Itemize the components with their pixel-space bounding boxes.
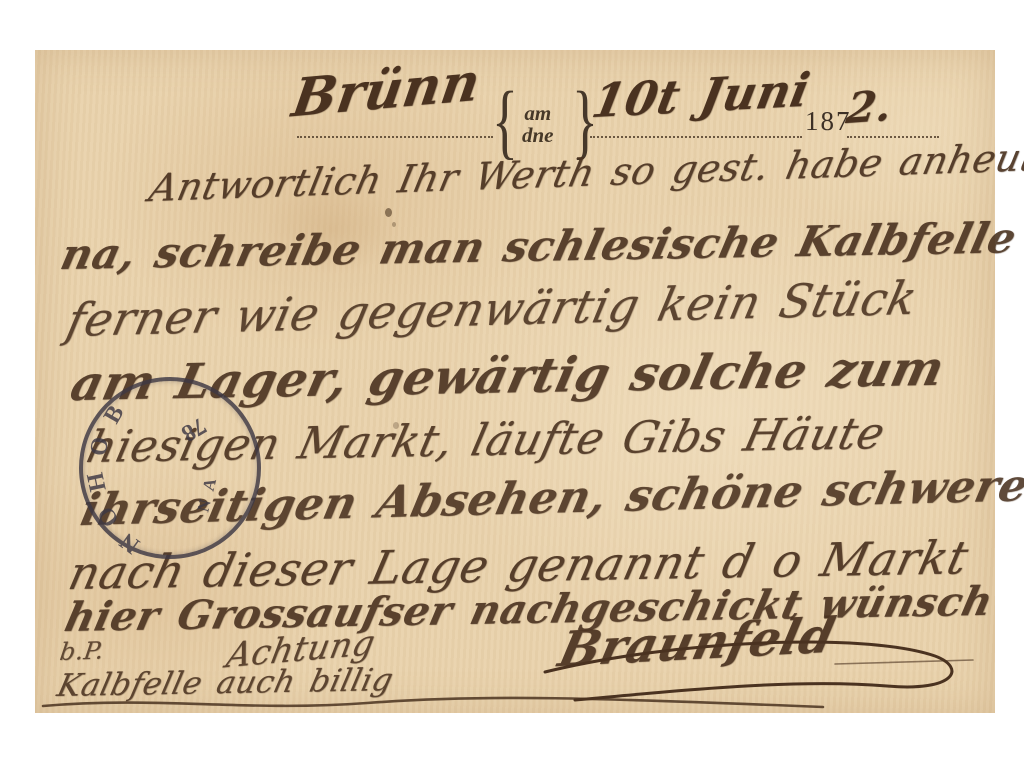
dne-label: dne [522, 124, 554, 146]
year-handwritten-digit: 2. [844, 81, 896, 134]
am-dne-printed-label: am dne [522, 102, 554, 146]
header-dotted-line-city [297, 136, 493, 138]
postcard-scan: Brünn { am dne } 10t Juni 187 2. Antwort… [35, 50, 995, 713]
header-dotted-line-date [590, 136, 802, 138]
ink-blot [385, 208, 392, 217]
header-dotted-line-year [847, 136, 939, 138]
handwritten-line: ferner wie gegenwärtig kein Stück [62, 271, 922, 348]
header-city-handwritten: Brünn [288, 51, 484, 129]
header-date-handwritten: 10t Juni [588, 62, 815, 128]
brace-left: { [492, 79, 518, 163]
ink-blot [392, 222, 396, 227]
ink-blot [393, 422, 399, 429]
postmark-stamp: B O H O N 78 N A [57, 355, 282, 580]
footer-initials: b.P. [58, 636, 106, 666]
am-label: am [522, 102, 554, 124]
postmark-ring [62, 360, 278, 576]
postscript-underline-flourish [37, 690, 837, 716]
handwritten-line: na, schreibe man schlesische Kalbfelle [56, 213, 1021, 279]
